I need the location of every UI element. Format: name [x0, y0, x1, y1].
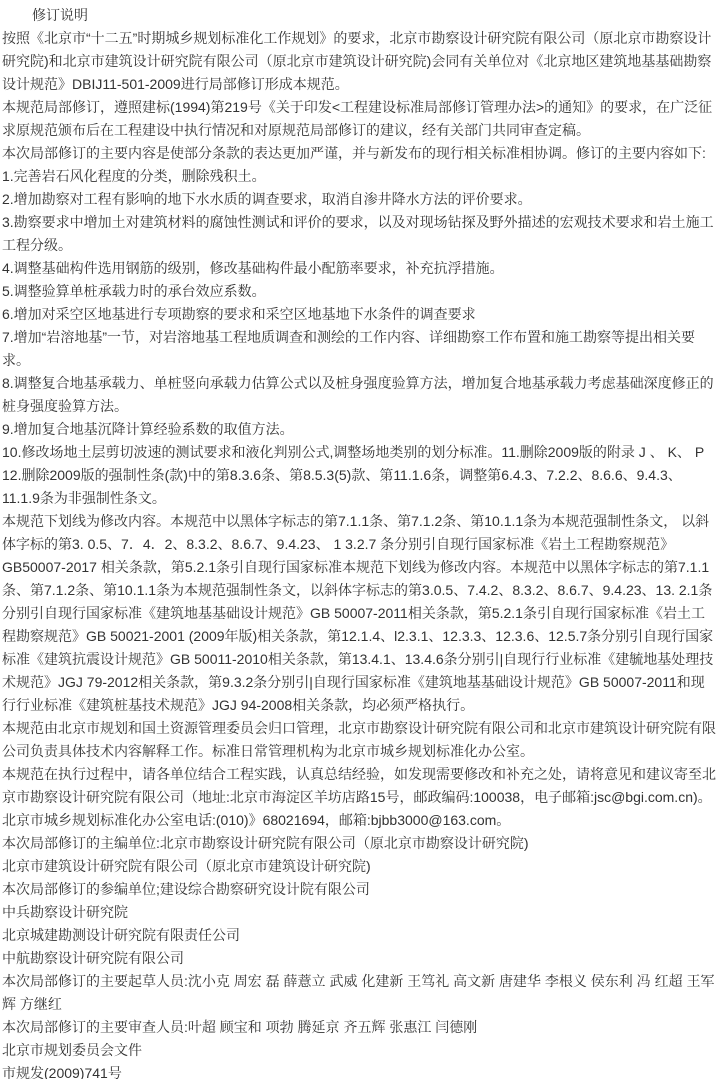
revision-item-7: 7.增加“岩溶地基”一节，对岩溶地基工程地质调查和测绘的工作内容、详细勘察工作布… [2, 326, 716, 372]
mandatory-provisions-paragraph: 本规范下划线为修改内容。本规范中以黑体字标志的第7.1.1条、第7.1.2条、第… [2, 510, 716, 717]
participating-unit-1: 本次局部修订的参编单位;建设综合勘察研究设计院有限公司 [2, 878, 716, 901]
revision-item-5: 5.调整验算单桩承载力时的承台效应系数。 [2, 280, 716, 303]
revision-summary-paragraph: 本次局部修订的主要内容是使部分条款的表达更加严谨，并与新发布的现行相关标准相协调… [2, 142, 716, 165]
intro-basis-paragraph: 按照《北京市“十二五”时期城乡规划标准化工作规划》的要求，北京市勘察设计研究院有… [2, 27, 716, 96]
chief-editor-unit-1: 本次局部修订的主编单位:北京市勘察设计研究院有限公司（原北京市勘察设计研究院) [2, 832, 716, 855]
participating-unit-4: 中航勘察设计研究院有限公司 [2, 947, 716, 970]
revision-item-6: 6.增加对采空区地基进行专项勘察的要求和采空区地基地下水条件的调查要求 [2, 303, 716, 326]
revision-procedure-paragraph: 本规范局部修订，遵照建标(1994)第219号《关于印发<工程建设标准局部修订管… [2, 96, 716, 142]
administration-paragraph: 本规范由北京市规划和国土资源管理委员会归口管理，北京市勘察设计研究院有限公司和北… [2, 717, 716, 763]
document-title: 修订说明 [2, 4, 716, 27]
drafters-paragraph: 本次局部修订的主要起草人员:沈小克 周宏 磊 薛薏立 武威 化建新 王笃礼 高文… [2, 970, 716, 1016]
revision-item-1: 1.完善岩石风化程度的分类，删除残积土。 [2, 165, 716, 188]
chief-editor-unit-2: 北京市建筑设计研究院有限公司（原北京市建筑设计研究院) [2, 855, 716, 878]
committee-document-line: 北京市规划委员会文件 [2, 1039, 716, 1062]
revision-item-4: 4.调整基础构件选用钢筋的级别，修改基础构件最小配筋率要求，补充抗浮措施。 [2, 257, 716, 280]
revision-item-9: 9.增加复合地基沉降计算经验系数的取值方法。 [2, 418, 716, 441]
revision-item-2: 2.增加勘察对工程有影响的地下水水质的调查要求，取消自渗井降水方法的评价要求。 [2, 188, 716, 211]
revision-item-3: 3.勘察要求中增加土对建筑材料的腐蚀性测试和评价的要求，以及对现场钻探及野外描述… [2, 211, 716, 257]
feedback-contact-paragraph: 本规范在执行过程中，请各单位结合工程实践，认真总结经验，如发现需要修改和补充之处… [2, 763, 716, 832]
reviewers-paragraph: 本次局部修订的主要审查人员:叶超 顾宝和 项勃 腾延京 齐五辉 张惠江 闫德刚 [2, 1016, 716, 1039]
document-page: 修订说明 按照《北京市“十二五”时期城乡规划标准化工作规划》的要求，北京市勘察设… [0, 0, 716, 1079]
revision-item-8: 8.调整复合地基承载力、单桩竖向承载力估算公式以及桩身强度验算方法，增加复合地基… [2, 372, 716, 418]
participating-unit-3: 北京城建勘测设计研究院有限责任公司 [2, 924, 716, 947]
revision-item-10-11: 10.修改场地土层剪切波速的测试要求和液化判别公式,调整场地类别的划分标准。11… [2, 441, 716, 464]
document-number-line: 市规发(2009)741号 [2, 1062, 716, 1079]
revision-item-12: 12.删除2009版的强制性条(款)中的第8.3.6条、第8.5.3(5)款、第… [2, 464, 716, 510]
participating-unit-2: 中兵勘察设计研究院 [2, 901, 716, 924]
